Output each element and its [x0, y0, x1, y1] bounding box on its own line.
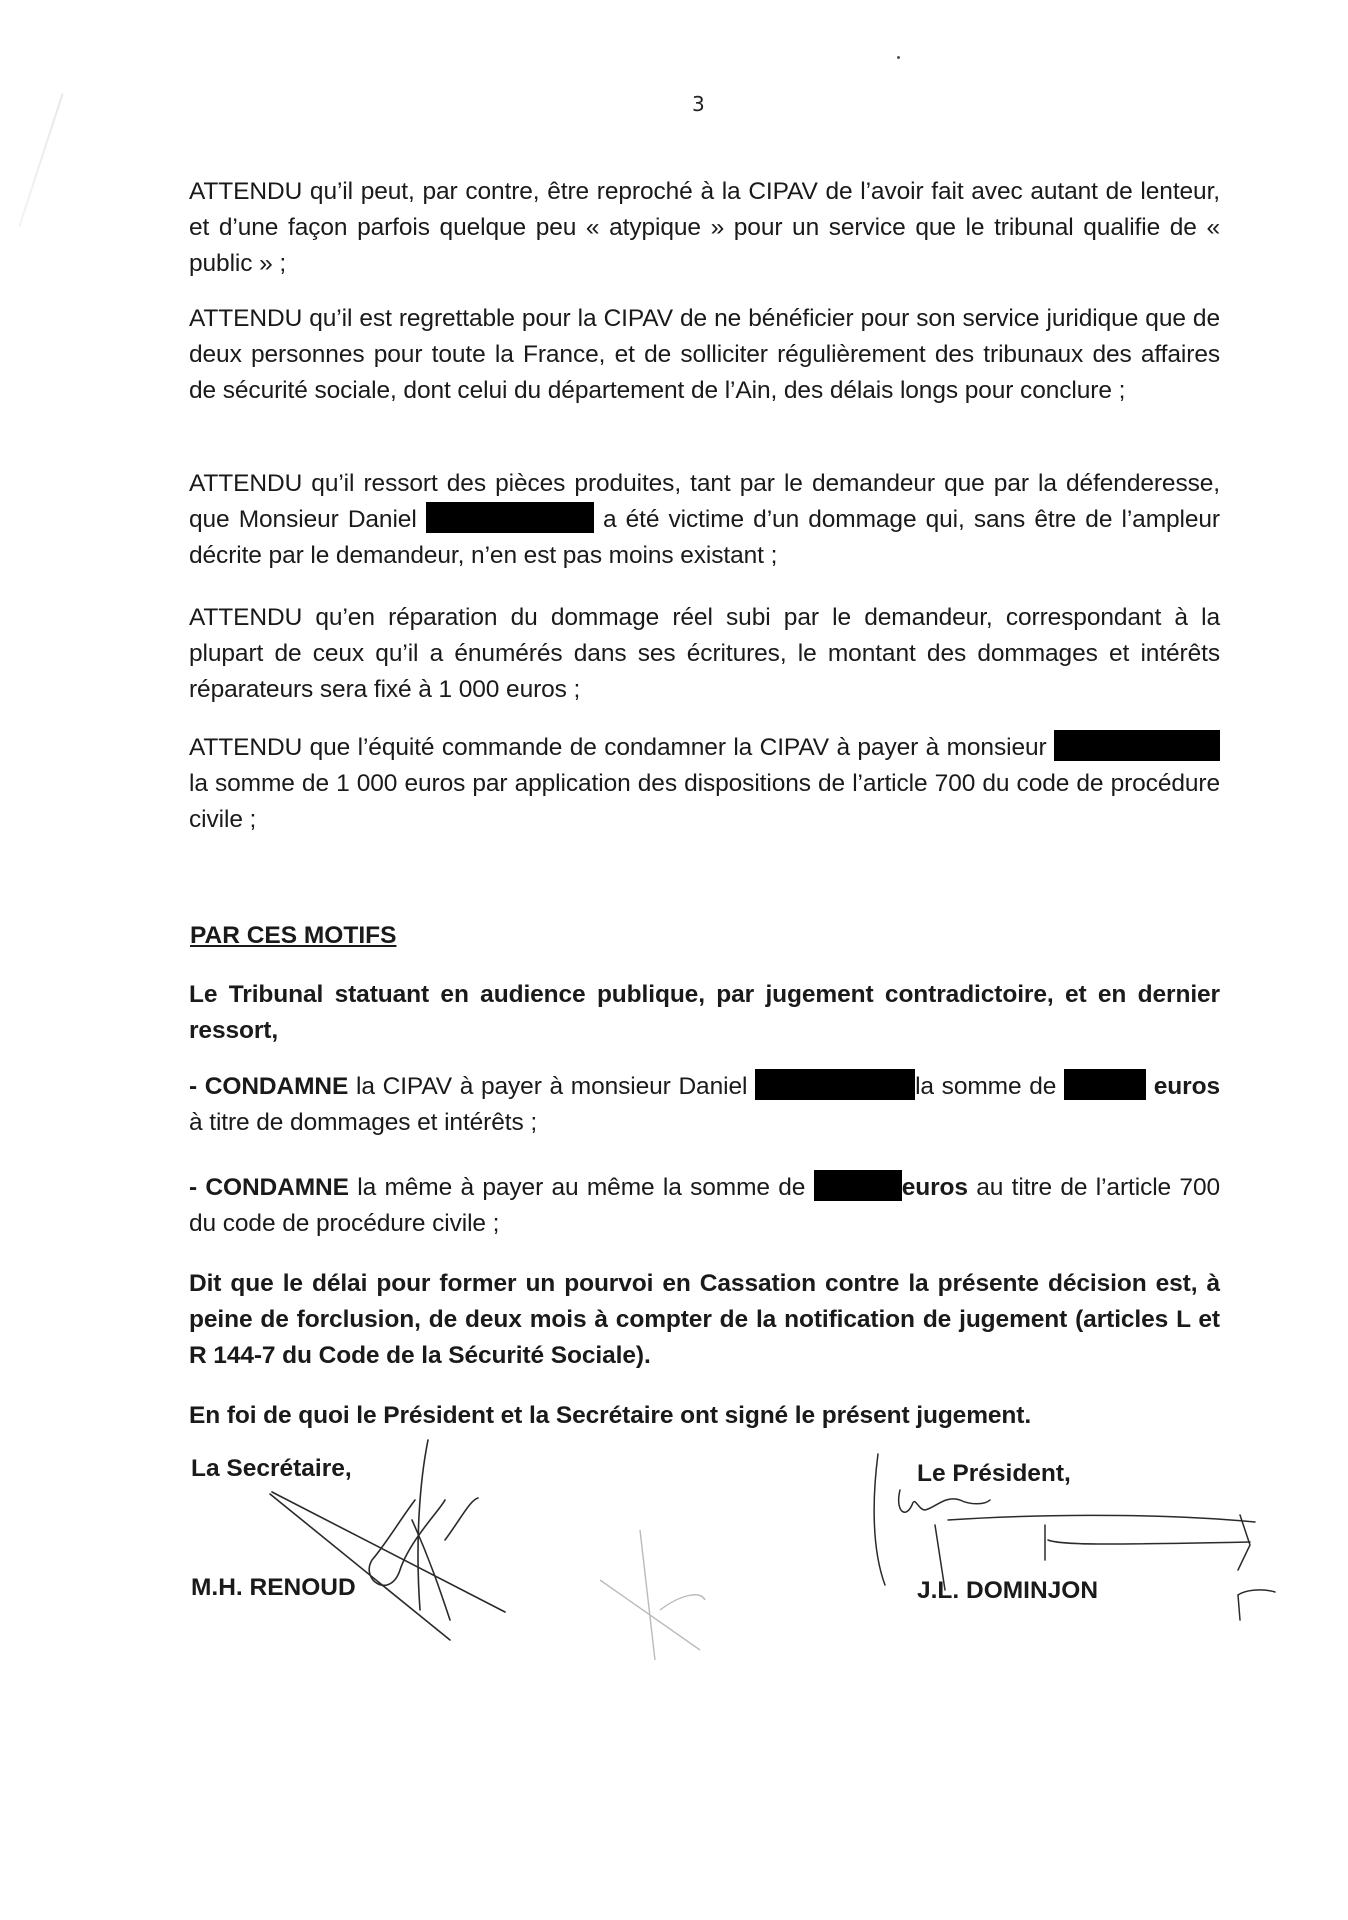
president-name: J.L. DOMINJON — [917, 1577, 1098, 1605]
condamne-label: - CONDAMNE — [189, 1174, 349, 1201]
paragraph-attendu-2: ATTENDU qu’il est regrettable pour la CI… — [189, 301, 1220, 409]
paragraph-attendu-3: ATTENDU qu’il ressort des pièces produit… — [189, 466, 1220, 574]
paragraph-text: à titre de dommages et intérêts ; — [189, 1109, 537, 1136]
en-foi-de-quoi: En foi de quoi le Président et la Secrét… — [189, 1398, 1220, 1434]
paragraph-attendu-1: ATTENDU qu’il peut, par contre, être rep… — [189, 174, 1220, 282]
paragraph-attendu-4: ATTENDU qu’en réparation du dommage réel… — [189, 600, 1220, 708]
paragraph-text: la somme de 1 000 euros par application … — [189, 770, 1220, 833]
redaction-block — [1054, 730, 1220, 761]
scan-edge-mark — [18, 93, 63, 227]
page-number: 3 — [692, 92, 705, 116]
condamne-label: - CONDAMNE — [189, 1073, 348, 1100]
scan-speck — [897, 56, 900, 59]
condamne-1: - CONDAMNE la CIPAV à payer à monsieur D… — [189, 1069, 1220, 1141]
secretaire-name: M.H. RENOUD — [191, 1574, 356, 1602]
motifs-intro: Le Tribunal statuant en audience publiqu… — [189, 977, 1220, 1049]
signature-scribbles-icon — [0, 0, 1348, 1920]
euros-label: euros — [1154, 1073, 1220, 1100]
paragraph-text: la somme de — [915, 1073, 1056, 1100]
paragraph-text: la même à payer au même la somme de — [357, 1174, 805, 1201]
redaction-block — [755, 1069, 915, 1100]
president-title: Le Président, — [917, 1460, 1071, 1488]
section-heading: PAR CES MOTIFS — [190, 922, 396, 950]
redaction-block — [814, 1170, 902, 1201]
paragraph-attendu-5: ATTENDU que l’équité commande de condamn… — [189, 730, 1220, 838]
condamne-2: - CONDAMNE la même à payer au même la so… — [189, 1170, 1220, 1242]
redaction-block — [1064, 1069, 1146, 1100]
paragraph-text: la CIPAV à payer à monsieur Daniel — [356, 1073, 747, 1100]
euros-label: euros — [902, 1174, 968, 1201]
delai-cassation: Dit que le délai pour former un pourvoi … — [189, 1266, 1220, 1374]
redaction-block — [426, 502, 594, 533]
secretaire-title: La Secrétaire, — [191, 1455, 352, 1483]
paragraph-text: ATTENDU que l’équité commande de condamn… — [189, 734, 1047, 761]
